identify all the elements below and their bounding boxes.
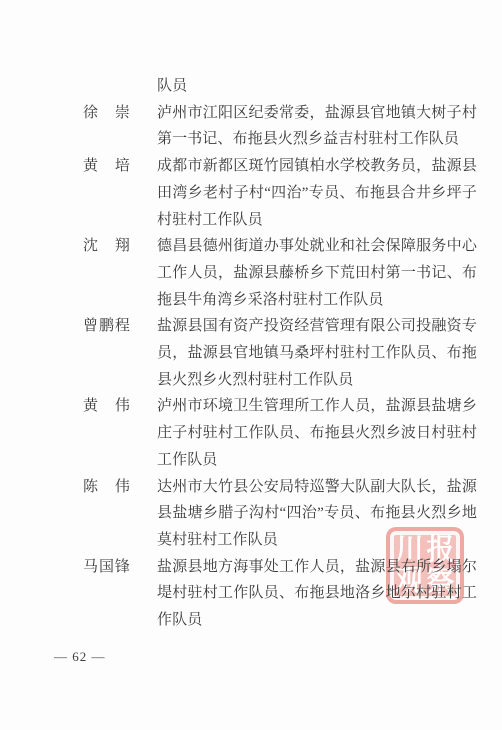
document-body: 队员 徐崇 泸州市江阳区纪委常委，盐源县官地镇大树子村第一书记、布拖县火烈乡益吉… bbox=[83, 73, 478, 634]
person-description: 德昌县德州街道办事处就业和社会保障服务中心工作人员，盐源县藤桥乡下荒田村第一书记… bbox=[157, 233, 477, 313]
roster-entry: 黄培 成都市新都区斑竹园镇柏水学校教务员，盐源县田湾乡老村子村“四治”专员、布拖… bbox=[83, 153, 478, 233]
roster-entry: 徐崇 泸州市江阳区纪委常委，盐源县官地镇大树子村第一书记、布拖县火烈乡益吉村驻村… bbox=[83, 100, 478, 153]
person-name: 陈伟 bbox=[83, 474, 130, 501]
person-description: 泸州市江阳区纪委常委，盐源县官地镇大树子村第一书记、布拖县火烈乡益吉村驻村工作队… bbox=[157, 100, 477, 153]
roster-entry: 马国锋 盐源县地方海事处工作人员，盐源县右所乡塌尔堤村驻村工作队员、布拖县地洛乡… bbox=[83, 554, 478, 634]
person-description: 泸州市环境卫生管理所工作人员，盐源县盐塘乡庄子村驻村工作队员、布拖县火烈乡波日村… bbox=[157, 393, 477, 473]
roster-entry: 黄伟 泸州市环境卫生管理所工作人员，盐源县盐塘乡庄子村驻村工作队员、布拖县火烈乡… bbox=[83, 393, 478, 473]
person-description: 成都市新都区斑竹园镇柏水学校教务员，盐源县田湾乡老村子村“四治”专员、布拖县合井… bbox=[157, 153, 477, 233]
page-number: — 62 — bbox=[54, 649, 106, 665]
person-description: 达州市大竹县公安局特巡警大队副大队长，盐源县盐塘乡腊子沟村“四治”专员、布拖县火… bbox=[157, 474, 477, 554]
person-name: 黄伟 bbox=[83, 393, 130, 420]
person-name: 马国锋 bbox=[83, 554, 130, 581]
continuation-line: 队员 bbox=[83, 73, 478, 100]
person-name: 曾鹏程 bbox=[83, 313, 130, 340]
person-name: 沈翔 bbox=[83, 233, 130, 260]
person-description: 盐源县国有资产投资经营管理有限公司投融资专员，盐源县官地镇马桑坪村驻村工作队员、… bbox=[157, 313, 477, 393]
document-page: 川 报 观 察 队员 徐崇 泸州市江阳区纪委常委，盐源县官地镇大树子村第一书记、… bbox=[0, 0, 502, 730]
roster-entry: 曾鹏程 盐源县国有资产投资经营管理有限公司投融资专员，盐源县官地镇马桑坪村驻村工… bbox=[83, 313, 478, 393]
person-description: 盐源县地方海事处工作人员，盐源县右所乡塌尔堤村驻村工作队员、布拖县地洛乡地尔村驻… bbox=[157, 554, 477, 634]
person-name: 黄培 bbox=[83, 153, 130, 180]
roster-entry: 陈伟 达州市大竹县公安局特巡警大队副大队长，盐源县盐塘乡腊子沟村“四治”专员、布… bbox=[83, 474, 478, 554]
person-name: 徐崇 bbox=[83, 100, 130, 127]
roster-entry: 沈翔 德昌县德州街道办事处就业和社会保障服务中心工作人员，盐源县藤桥乡下荒田村第… bbox=[83, 233, 478, 313]
